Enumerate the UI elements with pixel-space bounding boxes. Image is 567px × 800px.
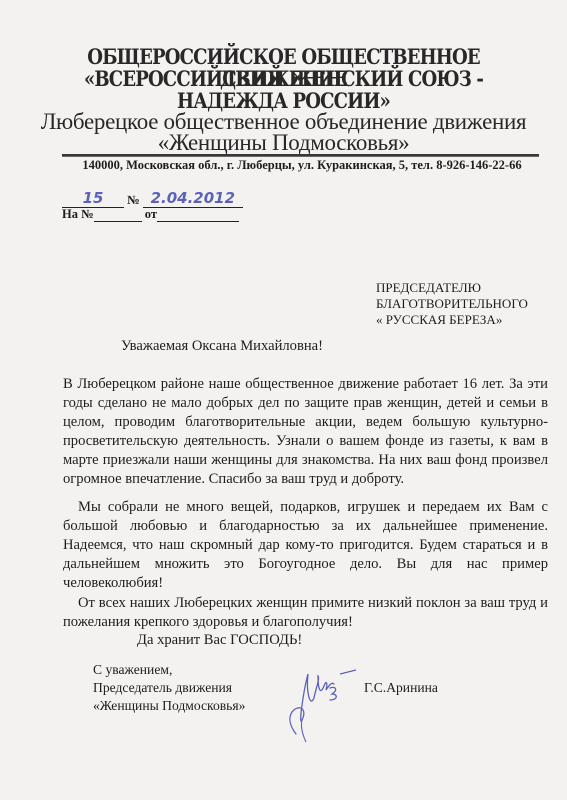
org-name-line2: «Женщины Подмосковья» bbox=[0, 131, 567, 155]
addressee-line2: БЛАГОТВОРИТЕЛЬНОГО bbox=[376, 296, 528, 312]
addressee-line1: ПРЕДСЕДАТЕЛЮ bbox=[376, 280, 528, 296]
salutation: Уважаемая Оксана Михайловна! bbox=[121, 338, 323, 355]
letterhead-divider bbox=[62, 154, 539, 157]
closing-block: С уважением, Председатель движения «Женщ… bbox=[93, 661, 245, 715]
paragraph-3: От всех наших Люберецких женщин примите … bbox=[63, 594, 548, 632]
addressee-block: ПРЕДСЕДАТЕЛЮ БЛАГОТВОРИТЕЛЬНОГО « РУССКА… bbox=[376, 280, 528, 328]
signatory-name: Г.С.Аринина bbox=[364, 679, 438, 697]
closing-title-line2: «Женщины Подмосковья» bbox=[93, 697, 245, 715]
signature-icon bbox=[280, 668, 360, 743]
paragraph-2: Мы собрали не много вещей, подарков, игр… bbox=[63, 498, 548, 593]
reply-number-blank bbox=[94, 209, 142, 222]
outgoing-registration: 15 № 2.04.2012 bbox=[62, 189, 243, 208]
reply-date-blank bbox=[157, 209, 239, 222]
paragraph-1: В Люберецком районе наше общественное дв… bbox=[63, 375, 548, 489]
blessing: Да хранит Вас ГОСПОДЬ! bbox=[137, 632, 302, 649]
closing-regards: С уважением, bbox=[93, 661, 245, 679]
closing-title-line1: Председатель движения bbox=[93, 679, 245, 697]
from-label: от bbox=[145, 207, 157, 221]
reply-registration: На № от bbox=[62, 207, 239, 222]
outgoing-number: 15 bbox=[83, 189, 104, 207]
reply-to-label: На № bbox=[62, 207, 94, 221]
number-sign: № bbox=[127, 193, 140, 207]
addressee-line3: « РУССКАЯ БЕРЕЗА» bbox=[376, 312, 528, 328]
letterhead-title-line2: «ВСЕРОССИЙСКИЙ ЖЕНСКИЙ СОЮЗ - НАДЕЖДА РО… bbox=[40, 68, 528, 112]
org-address: 140000, Московская обл., г. Люберцы, ул.… bbox=[62, 158, 542, 173]
outgoing-date: 2.04.2012 bbox=[151, 189, 235, 207]
